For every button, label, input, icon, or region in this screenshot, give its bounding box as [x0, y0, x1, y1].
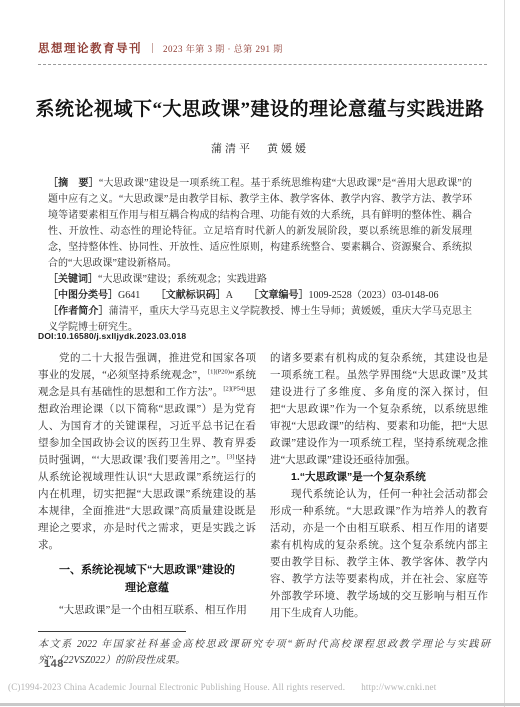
bio-label: ［作者简介］	[48, 306, 109, 317]
issue-info: 2023 年第 3 期 · 总第 291 期	[163, 42, 283, 55]
clc-label: ［中图分类号］	[48, 290, 118, 301]
paragraph-continuation: 的诸多要素有机构成的复杂系统，其建设也是一项系统工程。虽然学界围绕“大思政课”及…	[270, 350, 488, 469]
reference-superscript: [1](P20)	[208, 369, 230, 376]
left-column: 党的二十大报告强调，推进党和国家各项事业的发展，“必须坚持系统观念”，[1](P…	[38, 350, 256, 622]
doc-code-label: ［文献标识码］	[156, 290, 226, 301]
keywords-row: ［关键词］“大思政课”建设；系统观念；实践进路	[48, 272, 472, 288]
abstract-text: “大思政课”建设是一项系统工程。基于系统思维构建“大思政课”是“善用大思政课”的…	[48, 178, 472, 269]
sub-heading: 1.“大思政课”是一个复杂系统	[270, 469, 488, 486]
classification-row: ［中图分类号］G641 ［文献标识码］A ［文章编号］1009-2528（202…	[48, 288, 472, 304]
paragraph-text: 坚持从系统论视域理性认识“大思政课”系统运行的内在机理，切实把握“大思政课”系统…	[38, 455, 256, 551]
article-authors: 蒲清平 黄媛媛	[0, 140, 520, 156]
article-no-pair: ［文章编号］1009-2528（2023）03-0148-06	[248, 290, 438, 301]
footnote-text: 本文系 2022 年国家社科基金高校思政课研究专项“新时代高校课程思政教学理论与…	[38, 637, 490, 669]
keywords-label: ［关键词］	[48, 274, 98, 285]
keywords-text: “大思政课”建设；系统观念；实践进路	[98, 274, 267, 285]
paragraph-text: 党的二十大报告强调，推进党和国家各项事业的发展，“必须坚持系统观念”，	[38, 353, 256, 381]
bio-text: 蒲清平，重庆大学马克思主义学院教授、博士生导师；黄媛媛，重庆大学马克思主义学院博…	[48, 306, 472, 333]
reference-superscript: [3]	[227, 454, 235, 461]
paragraph-complex-system: 现代系统论认为，任何一种社会活动都会形成一种系统。“大思政课”作为培养人的教育活…	[270, 486, 488, 622]
section-heading-line2: 理论意蕴	[38, 579, 256, 597]
meta-block: ［摘 要］“大思政课”建设是一项系统工程。基于系统思维构建“大思政课”是“善用大…	[48, 176, 472, 336]
scan-edge-right	[504, 0, 505, 707]
doi-line: DOI:10.16580/j.sxlljydk.2023.03.018	[38, 331, 186, 341]
right-column: 的诸多要素有机构成的复杂系统，其建设也是一项系统工程。虽然学界围绕“大思政课”及…	[270, 350, 488, 622]
scan-edge-bottom	[0, 703, 520, 706]
clc-value: G641	[118, 290, 140, 301]
section-heading: 一、系统论视域下“大思政课”建设的理论意蕴	[38, 561, 256, 597]
reference-superscript: [2](P54)	[223, 386, 245, 393]
doc-code-value: A	[226, 290, 233, 301]
copyright-text: (C)1994-2023 China Academic Journal Elec…	[8, 682, 345, 692]
abstract-row: ［摘 要］“大思政课”建设是一项系统工程。基于系统思维构建“大思政课”是“善用大…	[48, 176, 472, 272]
journal-page: 思想理论教育导刊 2023 年第 3 期 · 总第 291 期 系统论视域下“大…	[0, 0, 520, 707]
article-no-value: 1009-2528（2023）03-0148-06	[308, 290, 438, 301]
page-number: 148	[44, 658, 64, 670]
paragraph-intro: 党的二十大报告强调，推进党和国家各项事业的发展，“必须坚持系统观念”，[1](P…	[38, 350, 256, 554]
article-title: 系统论视域下“大思政课”建设的理论意蕴与实践进路	[28, 97, 492, 123]
journal-name: 思想理论教育导刊	[38, 40, 142, 56]
copyright-url: http://www.cnki.net	[361, 682, 436, 692]
paragraph-text: 思想政治理论课（以下简称“思政课”）是为党育人、为国育才的关键课程，习近平总书记…	[38, 387, 256, 466]
copyright-line: (C)1994-2023 China Academic Journal Elec…	[8, 682, 512, 692]
abstract-label: ［摘 要］	[48, 178, 99, 189]
journal-header: 思想理论教育导刊 2023 年第 3 期 · 总第 291 期	[38, 40, 487, 65]
paragraph-section-start: “大思政课”是一个由相互联系、相互作用	[38, 602, 256, 619]
header-divider	[152, 43, 153, 53]
doc-code-pair: ［文献标识码］A	[156, 290, 233, 301]
body-columns: 党的二十大报告强调，推进党和国家各项事业的发展，“必须坚持系统观念”，[1](P…	[38, 350, 488, 622]
footnote-rule	[38, 631, 186, 632]
clc-pair: ［中图分类号］G641	[48, 290, 140, 301]
article-no-label: ［文章编号］	[248, 290, 308, 301]
section-heading-line1: 一、系统论视域下“大思政课”建设的	[38, 561, 256, 579]
